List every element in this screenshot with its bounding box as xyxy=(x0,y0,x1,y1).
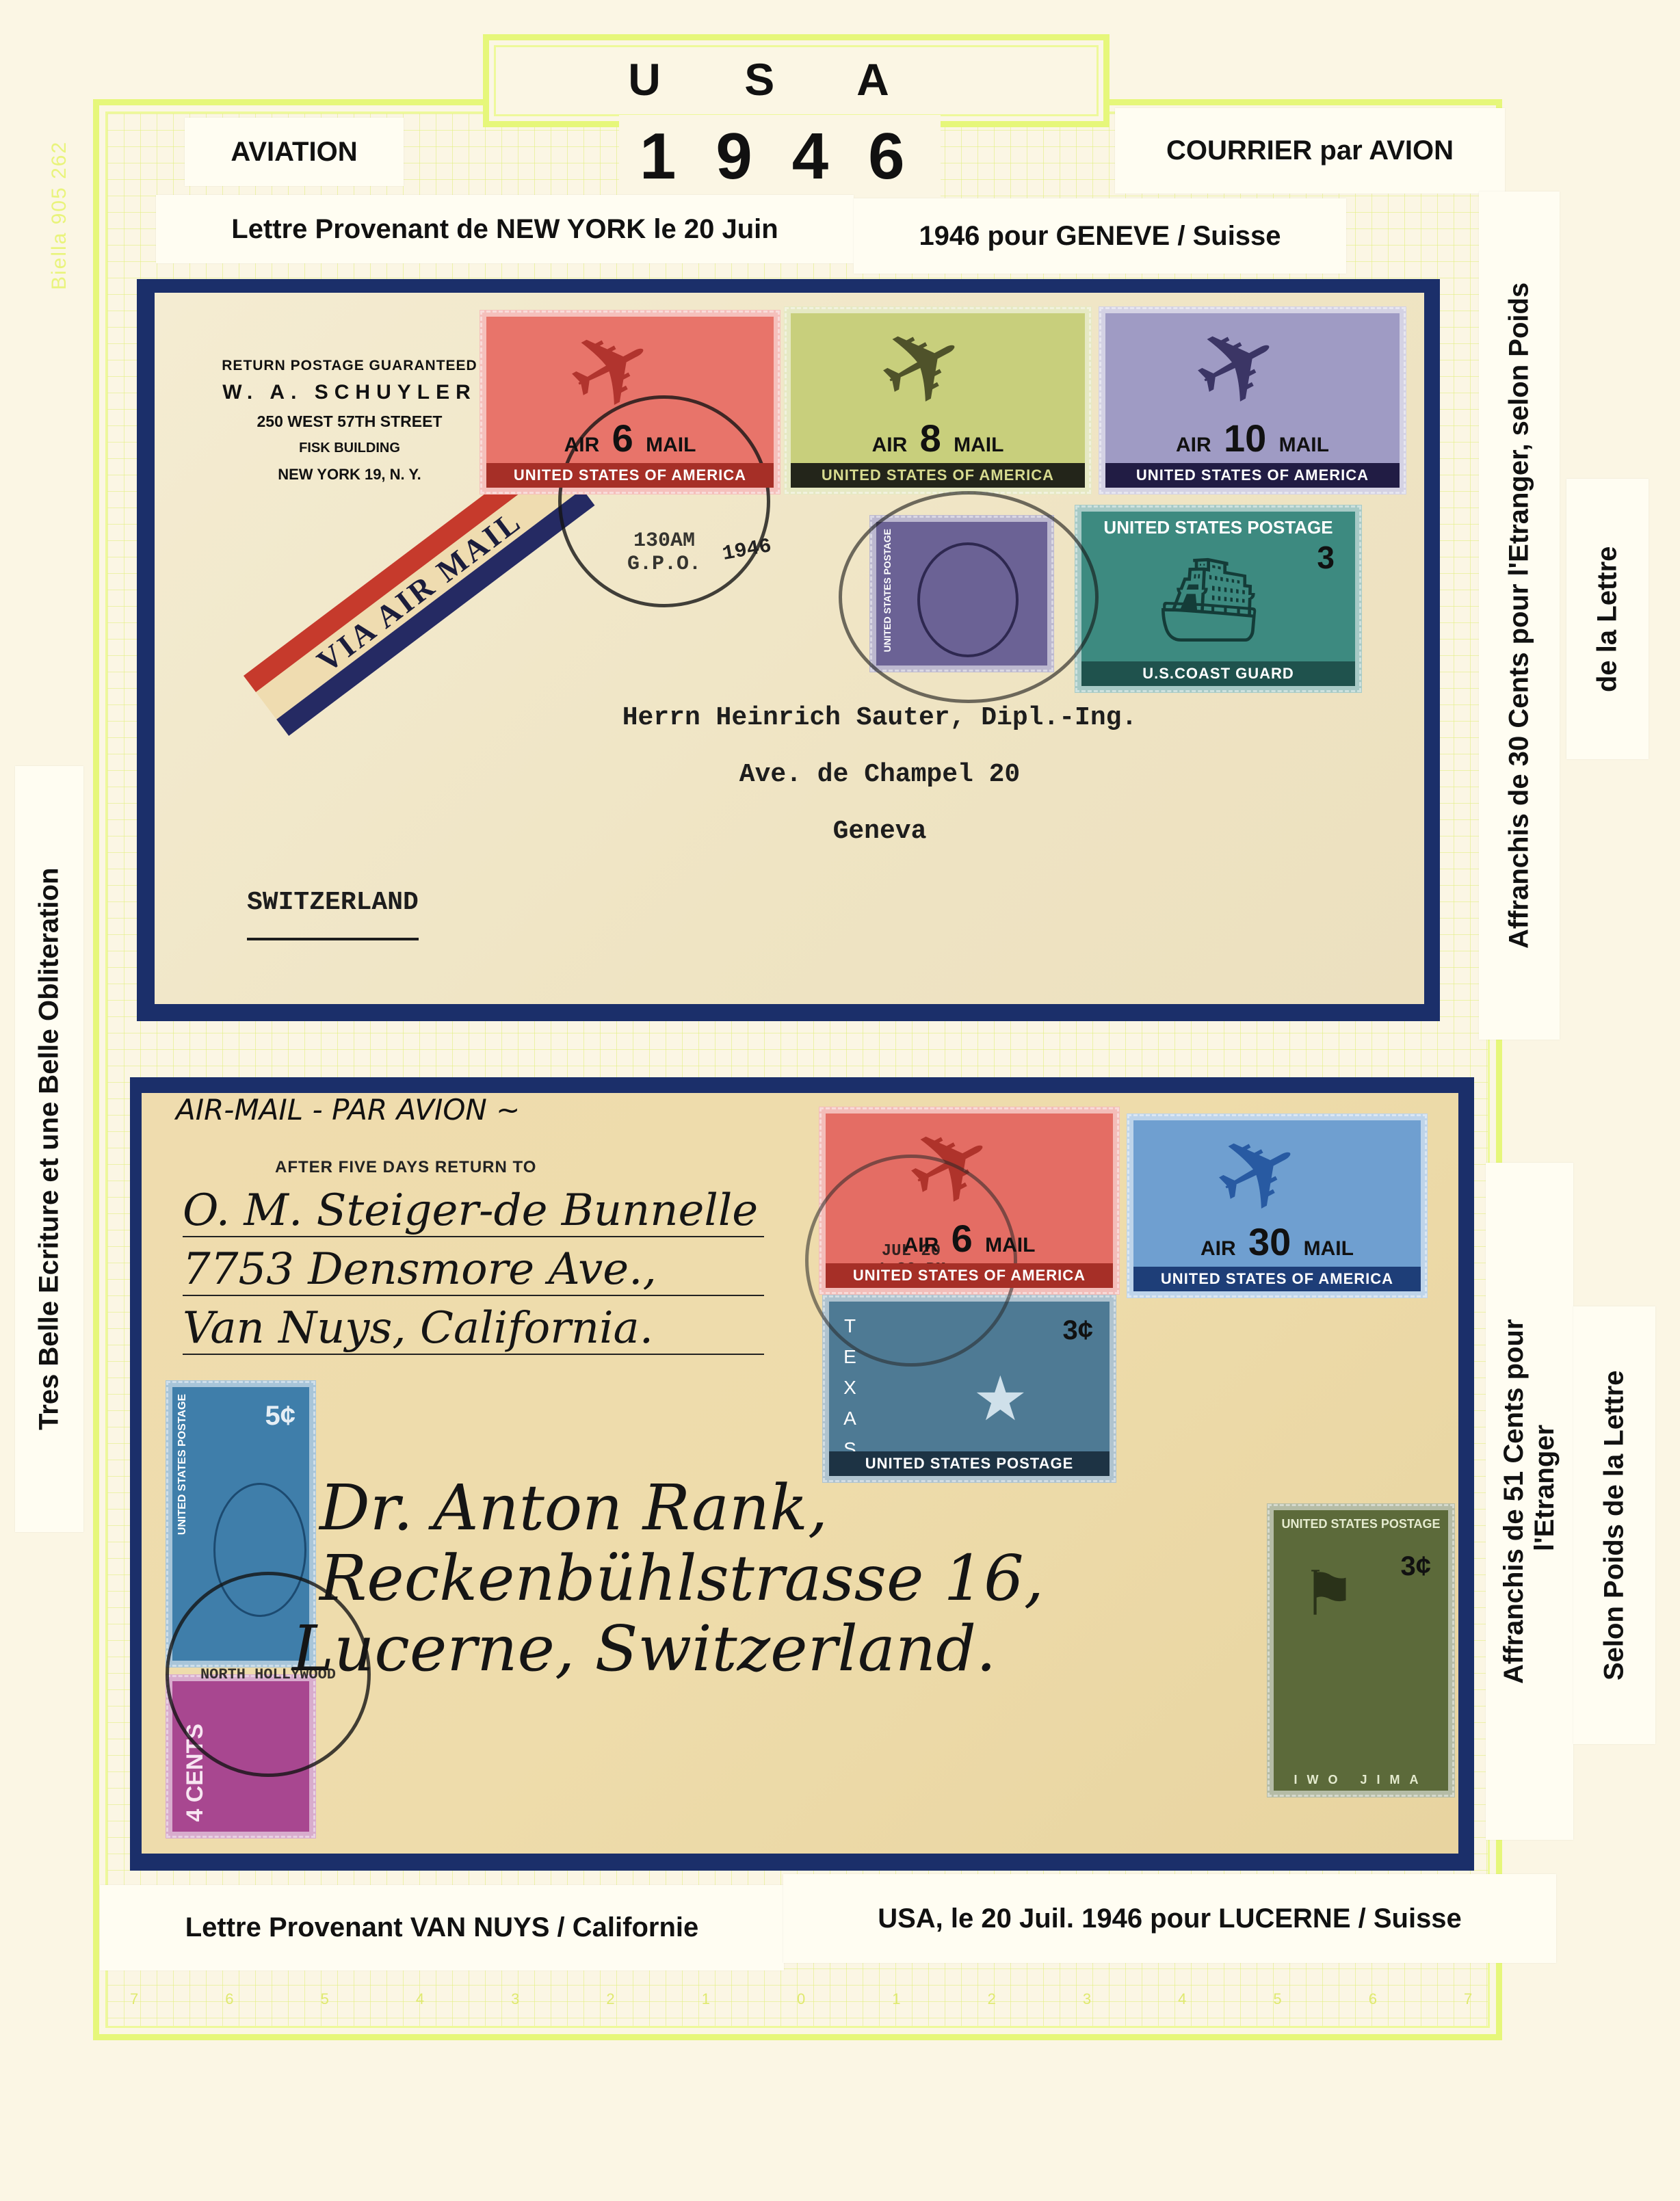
stamp-airmail-10c: ✈ AIR 10 MAIL UNITED STATES OF AMERICA xyxy=(1099,306,1406,495)
cover2-caption-left: Lettre Provenant VAN NUYS / Californie xyxy=(100,1885,784,1971)
country-title: U S A xyxy=(616,53,937,105)
ruler-number: 0 xyxy=(797,1990,805,2008)
ruler-number: 3 xyxy=(1083,1990,1091,2008)
stamp-airmail-30c: ✈ AIR 30 MAIL UNITED STATES OF AMERICA xyxy=(1127,1113,1428,1298)
sender-line: 7753 Densmore Ave., xyxy=(183,1244,764,1296)
cover2-sender: O. M. Steiger-de Bunnelle 7753 Densmore … xyxy=(183,1185,764,1355)
sender-line: NEW YORK 19, N. Y. xyxy=(182,466,517,484)
side-note-text: Selon Poids de la Lettre xyxy=(1599,1370,1630,1680)
header-right-label: COURRIER par AVION xyxy=(1115,108,1505,194)
album-ruler: 765432101234567 xyxy=(130,1990,1464,2011)
stamp-iwo-jima-3c: UNITED STATES POSTAGE 3¢ ⚑ IWO JIMA xyxy=(1267,1503,1455,1797)
cover2-caption-text-1: Lettre Provenant VAN NUYS / Californie xyxy=(185,1912,699,1943)
stamp-airmail-8c: ✈ AIR 8 MAIL UNITED STATES OF AMERICA xyxy=(784,306,1092,495)
year-box: 1946 xyxy=(619,115,941,198)
aviation-label: AVIATION xyxy=(231,137,357,168)
recipient-line: Reckenbühlstrasse 16, xyxy=(278,1543,1270,1613)
star-icon: ★ xyxy=(973,1363,1028,1435)
cover1-envelope[interactable]: RETURN POSTAGE GUARANTEED W. A. SCHUYLER… xyxy=(155,293,1424,1004)
cover1-caption-text-2: 1946 pour GENEVE / Suisse xyxy=(919,221,1281,252)
cover1-caption-left: Lettre Provenant de NEW YORK le 20 Juin xyxy=(156,195,854,263)
recipient-line: Dr. Anton Rank, xyxy=(278,1473,1270,1543)
cover2-envelope[interactable]: AIR-MAIL - PAR AVION ~ AFTER FIVE DAYS R… xyxy=(142,1093,1458,1854)
sender-line: O. M. Steiger-de Bunnelle xyxy=(183,1185,764,1237)
recipient-line: Lucerne, Switzerland. xyxy=(278,1613,1270,1684)
ruler-number: 6 xyxy=(1369,1990,1377,2008)
cover1-side-note-1: Affranchis de 30 Cents pour l'Etranger, … xyxy=(1479,192,1560,1040)
year-title: 1946 xyxy=(619,115,941,198)
side-note-text: Affranchis de 51 Cents pour xyxy=(1499,1319,1530,1683)
cover1-recipient: Herrn Heinrich Sauter, Dipl.-Ing. Ave. d… xyxy=(572,703,1187,846)
cover1-sender: RETURN POSTAGE GUARANTEED W. A. SCHUYLER… xyxy=(182,358,517,484)
ruler-number: 1 xyxy=(892,1990,900,2008)
ruler-number: 2 xyxy=(606,1990,614,2008)
courrier-label: COURRIER par AVION xyxy=(1166,135,1454,166)
sender-name: W. A. SCHUYLER xyxy=(182,381,517,404)
flag-icon: ⚑ xyxy=(1301,1558,1356,1630)
ruler-number: 5 xyxy=(321,1990,329,2008)
recipient-line: Ave. de Champel 20 xyxy=(572,760,1187,789)
side-note-text: l'Etranger xyxy=(1530,1424,1560,1551)
cover2-postmark-top: JUL 20 1:30 PM xyxy=(805,1155,1017,1367)
side-note-text: Affranchis de 30 Cents pour l'Etranger, … xyxy=(1504,282,1535,949)
stamp-coast-guard-3c: UNITED STATES POSTAGE 3 ⛴ U.S.COAST GUAR… xyxy=(1075,505,1362,693)
cover2-side-note-2: Selon Poids de la Lettre xyxy=(1573,1306,1655,1744)
return-notice: AFTER FIVE DAYS RETURN TO xyxy=(275,1158,536,1177)
recipient-line: Herrn Heinrich Sauter, Dipl.-Ing. xyxy=(572,703,1187,733)
cover2-caption-right: USA, le 20 Juil. 1946 pour LUCERNE / Sui… xyxy=(783,1874,1556,1963)
cover2-caption-text-2: USA, le 20 Juil. 1946 pour LUCERNE / Sui… xyxy=(878,1903,1462,1934)
cover1-side-note-2: de la Lettre xyxy=(1566,479,1649,759)
album-brand: Biella 905 262 xyxy=(48,137,89,294)
airmail-text: VIA AIR MAIL xyxy=(256,462,582,720)
side-note-text: de la Lettre xyxy=(1592,546,1623,691)
cover2-recipient: Dr. Anton Rank, Reckenbühlstrasse 16, Lu… xyxy=(278,1473,1270,1684)
sender-line: RETURN POSTAGE GUARANTEED xyxy=(182,358,517,374)
ruler-number: 4 xyxy=(1178,1990,1186,2008)
cover1-caption-right: 1946 pour GENEVE / Suisse xyxy=(854,198,1346,274)
sender-line: 250 WEST 57TH STREET xyxy=(182,412,517,431)
ruler-number: 2 xyxy=(988,1990,996,2008)
ruler-number: 1 xyxy=(702,1990,710,2008)
cover1-caption-text-1: Lettre Provenant de NEW YORK le 20 Juin xyxy=(231,214,778,245)
recipient-line: Geneva xyxy=(572,817,1187,846)
ship-icon: ⛴ xyxy=(1157,553,1261,648)
ruler-number: 7 xyxy=(130,1990,138,2008)
ruler-number: 3 xyxy=(511,1990,519,2008)
sender-line: FISK BUILDING xyxy=(182,440,517,456)
ruler-number: 4 xyxy=(416,1990,424,2008)
ruler-number: 5 xyxy=(1273,1990,1281,2008)
ruler-number: 6 xyxy=(225,1990,233,2008)
left-note-text: Tres Belle Ecriture et une Belle Obliter… xyxy=(34,868,65,1430)
cover1-destination-country: SWITZERLAND xyxy=(247,888,419,940)
cover2-side-note-1: Affranchis de 51 Cents pour l'Etranger xyxy=(1486,1163,1573,1840)
ruler-number: 7 xyxy=(1464,1990,1472,2008)
cover1-postmark-2 xyxy=(839,491,1099,703)
cover2-left-note: Tres Belle Ecriture et une Belle Obliter… xyxy=(15,766,83,1532)
header-left-label: AVIATION xyxy=(185,118,404,186)
airmail-handwritten-note: AIR-MAIL - PAR AVION ~ xyxy=(176,1093,520,1126)
sender-line: Van Nuys, California. xyxy=(183,1303,764,1355)
